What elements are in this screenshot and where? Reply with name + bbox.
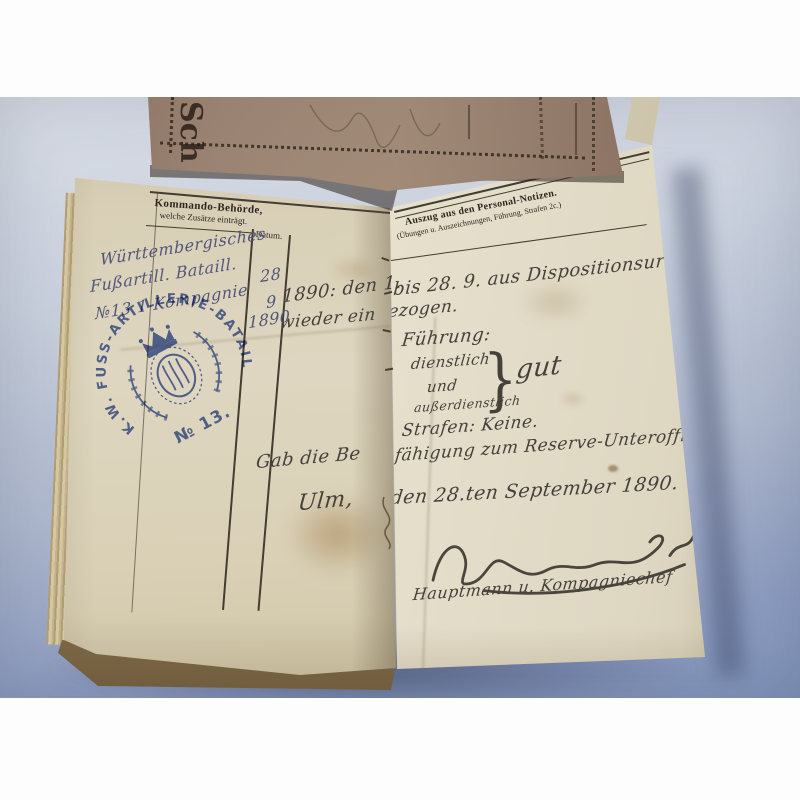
- fuehrung-gut: gut: [515, 350, 563, 385]
- note-ulm: Ulm,: [297, 486, 354, 516]
- cover-title-fragment: Sch: [173, 101, 208, 163]
- cover-border-mid: [539, 97, 544, 159]
- stamp-laurel-right: [187, 328, 231, 391]
- fuehrung-und: und: [426, 376, 458, 396]
- stamp-number: № 13.: [171, 402, 234, 448]
- cover-small-print-2: [575, 103, 577, 155]
- spine-thread: [376, 495, 406, 551]
- photo-canvas: Kommando-Behörde, welche Zusätze einträg…: [0, 0, 800, 800]
- fuehrung-brace: }: [483, 340, 518, 419]
- date-line: den 28.ten September 1890.: [389, 472, 680, 509]
- stain-right-2: [608, 465, 618, 472]
- fuehrung-dienstlich: dienstlich: [410, 349, 491, 373]
- stain-right-3: [560, 392, 586, 406]
- cover-scrawl: [290, 99, 490, 179]
- stain-right-1: [520, 282, 590, 322]
- stamp-crown: [136, 320, 179, 359]
- cover-small-print-1: [468, 105, 470, 139]
- cover-border-right-frame: [592, 97, 617, 171]
- fuehrung-label: Führung:: [401, 324, 492, 351]
- photo-militaerpass: Kommando-Behörde, welche Zusätze einträg…: [0, 97, 800, 698]
- entry-date-day: 28: [260, 264, 281, 287]
